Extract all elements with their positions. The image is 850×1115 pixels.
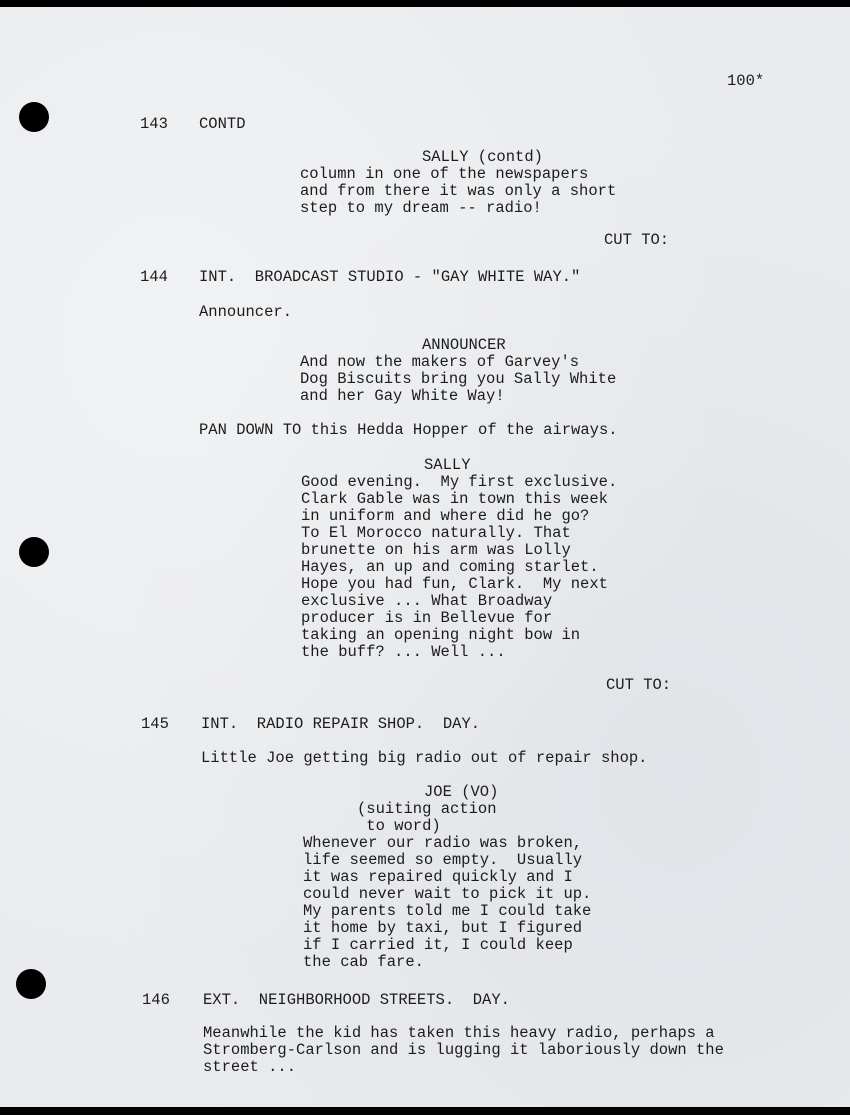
character-name: SALLY — [424, 457, 471, 474]
transition: CUT TO: — [606, 677, 671, 694]
parenthetical: (suiting action to word) — [357, 801, 497, 835]
dialogue: column in one of the newspapers and from… — [300, 166, 616, 217]
character-name: ANNOUNCER — [422, 337, 506, 354]
action: Meanwhile the kid has taken this heavy r… — [203, 1025, 724, 1076]
dialogue: Good evening. My first exclusive. Clark … — [301, 474, 617, 661]
character-name: SALLY (contd) — [422, 149, 543, 166]
scene-number: 146 — [142, 992, 170, 1009]
binder-hole-icon — [16, 969, 46, 999]
action: PAN DOWN TO this Hedda Hopper of the air… — [199, 422, 618, 439]
scene-number: 143 — [140, 116, 168, 133]
binder-hole-icon — [19, 102, 49, 132]
action: Announcer. — [199, 304, 292, 321]
script-page: 100* 143 CONTD SALLY (contd) column in o… — [0, 7, 850, 1107]
transition: CUT TO: — [604, 232, 669, 249]
character-name: JOE (VO) — [424, 784, 498, 801]
scene-heading: INT. BROADCAST STUDIO - "GAY WHITE WAY." — [199, 269, 580, 286]
dialogue: Whenever our radio was broken, life seem… — [303, 835, 591, 971]
scene-heading: INT. RADIO REPAIR SHOP. DAY. — [201, 716, 480, 733]
page-number: 100* — [727, 73, 764, 90]
dialogue: And now the makers of Garvey's Dog Biscu… — [300, 354, 616, 405]
scene-number: 144 — [140, 269, 168, 286]
binder-hole-icon — [19, 537, 49, 567]
scene-heading: CONTD — [199, 116, 246, 133]
scene-number: 145 — [141, 716, 169, 733]
scene-heading: EXT. NEIGHBORHOOD STREETS. DAY. — [203, 992, 510, 1009]
action: Little Joe getting big radio out of repa… — [201, 750, 647, 767]
